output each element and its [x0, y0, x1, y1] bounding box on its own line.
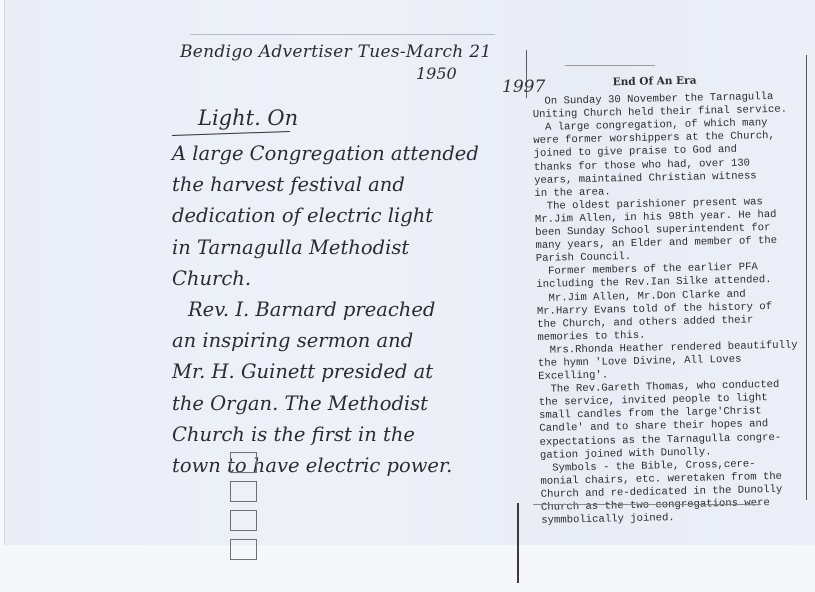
- checkbox-1[interactable]: [230, 452, 257, 473]
- headline-underline: [172, 131, 290, 136]
- newspaper-clipping: End Of An Era On Sunday 30 November the …: [532, 72, 815, 528]
- note-headline: Light. On: [198, 106, 298, 130]
- note-line: Rev. I. Barnard preached: [172, 294, 492, 325]
- note-line: Church is the first in the: [172, 419, 492, 450]
- clipping-right-edge: [806, 55, 807, 500]
- scan-margin: [0, 545, 815, 592]
- checkbox-2[interactable]: [230, 481, 257, 502]
- checkbox-3[interactable]: [230, 510, 257, 531]
- note-line: the Organ. The Methodist: [172, 388, 492, 419]
- clipping-bottom-edge: [533, 504, 761, 505]
- note-source: Bendigo Advertiser Tues-March 21: [180, 42, 491, 62]
- note-line: town to have electric power.: [172, 450, 492, 481]
- note-line: A large Congregation attended: [172, 138, 492, 169]
- note-line: dedication of electric light: [172, 200, 492, 231]
- checkbox-4[interactable]: [230, 539, 257, 560]
- clipping-left-edge: [517, 503, 519, 583]
- note-line: Mr. H. Guinett presided at: [172, 356, 492, 387]
- clipping-body: On Sunday 30 November the TarnagullaUnit…: [532, 90, 815, 528]
- note-line: in Tarnagulla Methodist: [172, 232, 492, 263]
- handwritten-note: Bendigo Advertiser Tues-March 21 1950 Li…: [168, 28, 498, 448]
- note-line: Church.: [172, 263, 492, 294]
- note-top-edge: [190, 34, 495, 35]
- checkbox-group: [230, 452, 257, 568]
- note-line: the harvest festival and: [172, 169, 492, 200]
- note-year: 1950: [416, 64, 457, 83]
- note-line: an inspiring sermon and: [172, 325, 492, 356]
- note-body: A large Congregation attendedthe harvest…: [172, 138, 492, 481]
- clipping-top-edge: [565, 65, 655, 66]
